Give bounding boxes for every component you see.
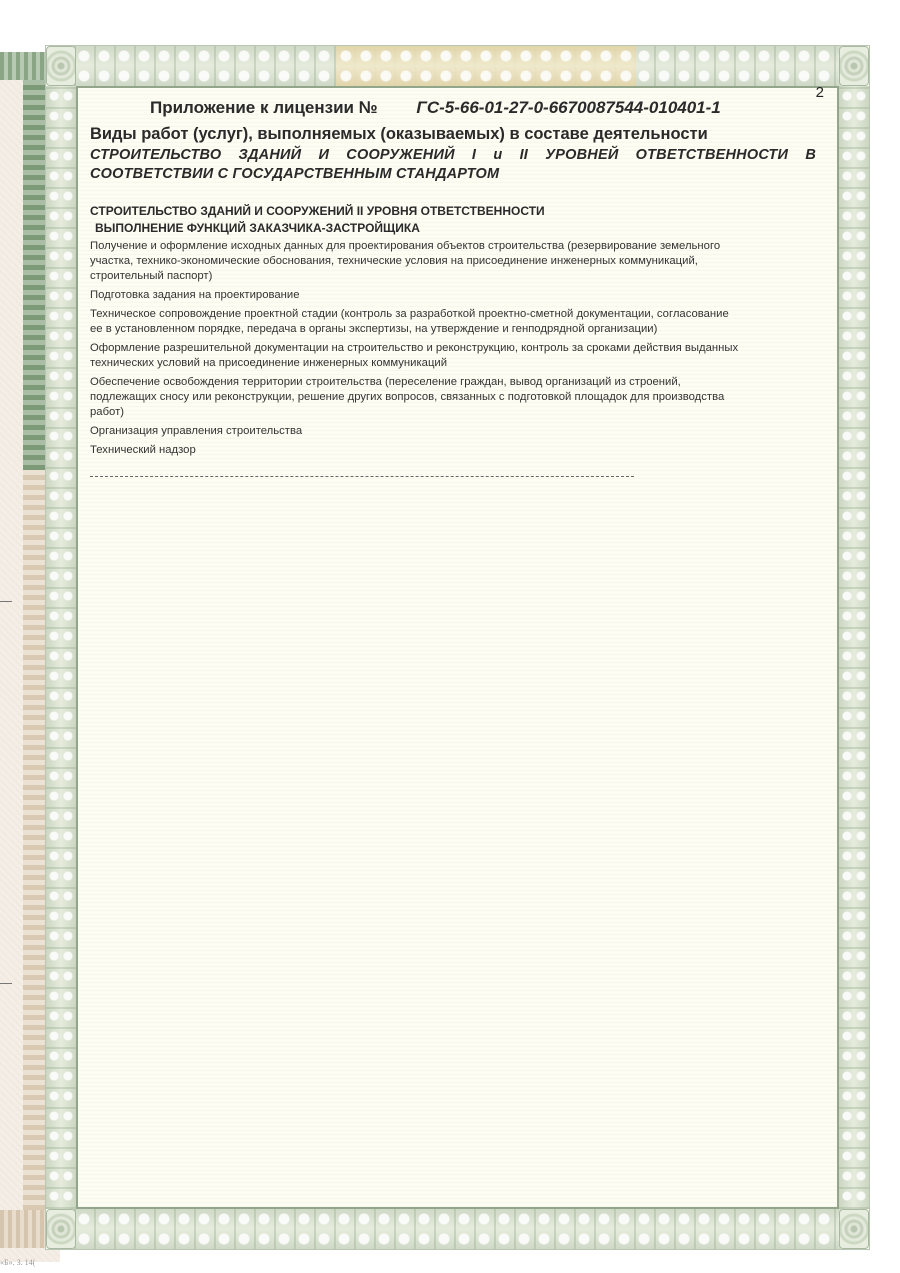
page-number: 2 xyxy=(816,84,824,101)
section-heading: СТРОИТЕЛЬСТВО ЗДАНИЙ И СООРУЖЕНИЙ II УРО… xyxy=(90,204,545,218)
underlying-page-border-bottom xyxy=(0,1210,46,1248)
underlying-page-footer: «Б». З. 14( xyxy=(0,1258,35,1267)
list-item: Получение и оформление исходных данных д… xyxy=(90,239,740,284)
corner-rosette-icon xyxy=(46,1209,76,1249)
corner-rosette-icon xyxy=(46,46,76,86)
activity-title: СТРОИТЕЛЬСТВО ЗДАНИЙ И СООРУЖЕНИЙ I и II… xyxy=(90,146,816,184)
content-frame: 2 Приложение к лицензии № ГС-5-66-01-27-… xyxy=(76,86,839,1209)
subsection-heading: ВЫПОЛНЕНИЕ ФУНКЦИЙ ЗАКАЗЧИКА-ЗАСТРОЙЩИКА xyxy=(95,221,420,235)
underlying-page-rule xyxy=(0,983,12,984)
underlying-page-border-left-tan xyxy=(23,470,45,1230)
list-item: Подготовка задания на проектирование xyxy=(90,288,740,303)
corner-rosette-icon xyxy=(839,1209,869,1249)
end-of-list-dashed-line xyxy=(90,476,634,477)
license-header: Приложение к лицензии № ГС-5-66-01-27-0-… xyxy=(150,98,721,118)
license-number: ГС-5-66-01-27-0-6670087544-010401-1 xyxy=(416,98,720,118)
types-of-work-title: Виды работ (услуг), выполняемых (оказыва… xyxy=(90,125,708,144)
underlying-page-rule xyxy=(0,601,12,602)
list-item: Организация управления строительства xyxy=(90,424,740,439)
license-appendix-sheet: 2 Приложение к лицензии № ГС-5-66-01-27-… xyxy=(45,45,870,1250)
license-label: Приложение к лицензии № xyxy=(150,98,378,118)
corner-rosette-icon xyxy=(839,46,869,86)
list-item: Обеспечение освобождения территории стро… xyxy=(90,375,740,420)
ornamental-border-left xyxy=(46,86,76,1209)
list-item: Оформление разрешительной документации н… xyxy=(90,341,740,371)
ornamental-border-right xyxy=(839,86,869,1209)
underlying-page-border-left-green xyxy=(23,80,45,470)
list-item: Техническое сопровождение проектной стад… xyxy=(90,307,740,337)
underlying-page-border-top xyxy=(0,52,46,80)
list-item: Технический надзор xyxy=(90,443,740,458)
ornamental-border-top-gold xyxy=(336,46,636,86)
work-items-list: Получение и оформление исходных данных д… xyxy=(90,239,740,462)
ornamental-border-bottom xyxy=(74,1209,841,1249)
